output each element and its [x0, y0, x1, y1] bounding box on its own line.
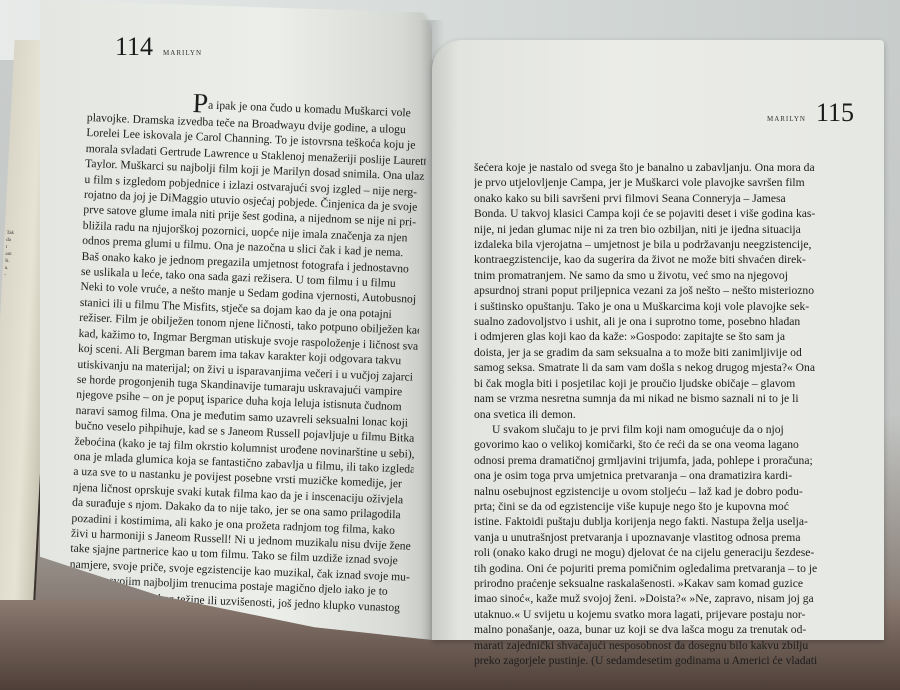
text-line: imao sinoć«, kaže muž svojoj ženi. »Dois…: [474, 591, 839, 606]
text-line: marati zajednički shvaćajući nesposobnos…: [474, 638, 839, 653]
text-line: odnosi prema dramatičnoj grmljavini trij…: [474, 453, 839, 468]
text-line: nije, ni jedan glumac nije ni za tren bi…: [474, 222, 839, 237]
right-page-header: MARILYN 115: [767, 98, 854, 128]
running-head-left: MARILYN: [163, 49, 202, 57]
text-line: tih godina. Oni će pojuriti prema pomičn…: [474, 561, 839, 576]
underlying-text-fragment: am: [5, 251, 19, 258]
text-line: bi čak mogla biti i posjetilac koji je p…: [474, 376, 839, 391]
text-line: utaknuo.« U svijetu u kojemu svatko mora…: [474, 607, 839, 622]
text-line: prta; čini se da od egzistencije više ku…: [474, 499, 839, 514]
text-line: tnim promatranjem. Ne samo da smo u živo…: [474, 268, 839, 283]
left-page: 114 MARILYN Pa ipak je ona čudo u komadu…: [40, 0, 432, 640]
text-line: i odmjeren glas koji kao da kaže: »Gospo…: [474, 329, 839, 344]
text-line: je prvo utjelovljenje Campa, jer je Mušk…: [474, 175, 839, 190]
underlying-text-fragment: -: [4, 272, 18, 279]
underlying-text-fragment: Tak: [6, 230, 20, 237]
text-line: onako kako su bili savršeni prvi filmovi…: [474, 191, 839, 206]
text-line: U svakom slučaju to je prvi film koji na…: [474, 422, 839, 437]
text-line: istine. Faktoidi puštaju dublja korijenj…: [474, 514, 839, 529]
text-line: samog seksa. Smatrate li da sam vam došl…: [474, 360, 839, 375]
text-line: kontraegzistencije, kao da sugerira da ž…: [474, 252, 839, 267]
underlying-text-fragment: da: [6, 237, 20, 244]
text-line: Bonda. U takvoj klasici Campa koji će se…: [474, 206, 839, 221]
text-line: apsurdnoj strani poput priljepnica vezan…: [474, 283, 839, 298]
right-page-body: šećera koje je nastalo od svega što je b…: [474, 160, 839, 668]
text-line: šećera koje je nastalo od svega što je b…: [474, 160, 839, 175]
underlying-book-text: Takdatamšt.n.-: [4, 230, 21, 279]
text-line: sualno zadovoljstvo i ushit, ali je ona …: [474, 314, 839, 329]
underlying-text-fragment: t: [6, 244, 20, 251]
text-line: nalnu osebujnost egzistencije u ovom sto…: [474, 484, 839, 499]
underlying-text-fragment: št.: [5, 258, 19, 265]
underlying-text-fragment: n.: [5, 265, 19, 272]
left-page-body: Pa ipak je ona čudo u komadu Muškarci vo…: [68, 90, 427, 616]
running-head-right: MARILYN: [767, 115, 806, 123]
text-line: malno ponašanje, oaza, bunar uz koji se …: [474, 622, 839, 637]
text-line: govorimo kao o velikoj komičarki, što će…: [474, 437, 839, 452]
page-number-left: 114: [115, 32, 153, 62]
text-line: ona svetica ili demon.: [474, 407, 839, 422]
text-line: roli (onako kako drugi ne mogu) djelovat…: [474, 545, 839, 560]
text-line: vanja u unutrašnjost pretvaranja i upozn…: [474, 530, 839, 545]
text-line: prirodno praćenje seksualne raskalašenos…: [474, 576, 839, 591]
page-number-right: 115: [816, 98, 854, 128]
text-line: preko zagorjele pustinje. (U sedamdeseti…: [474, 653, 839, 668]
text-line: izdaleka bila vjerojatna – umjetnost je …: [474, 237, 839, 252]
text-line: doista, jer ja se gradim da sam seksualn…: [474, 345, 839, 360]
text-line: nam se vrzma nesretna sumnja da mi nikad…: [474, 391, 839, 406]
text-line: i suštinsko opuštanju. Tako je ona u Muš…: [474, 299, 839, 314]
right-page: MARILYN 115 šećera koje je nastalo od sv…: [432, 40, 884, 640]
text-line: ona je osim toga prva umjetnica pretvara…: [474, 468, 839, 483]
left-page-header: 114 MARILYN: [115, 32, 202, 62]
